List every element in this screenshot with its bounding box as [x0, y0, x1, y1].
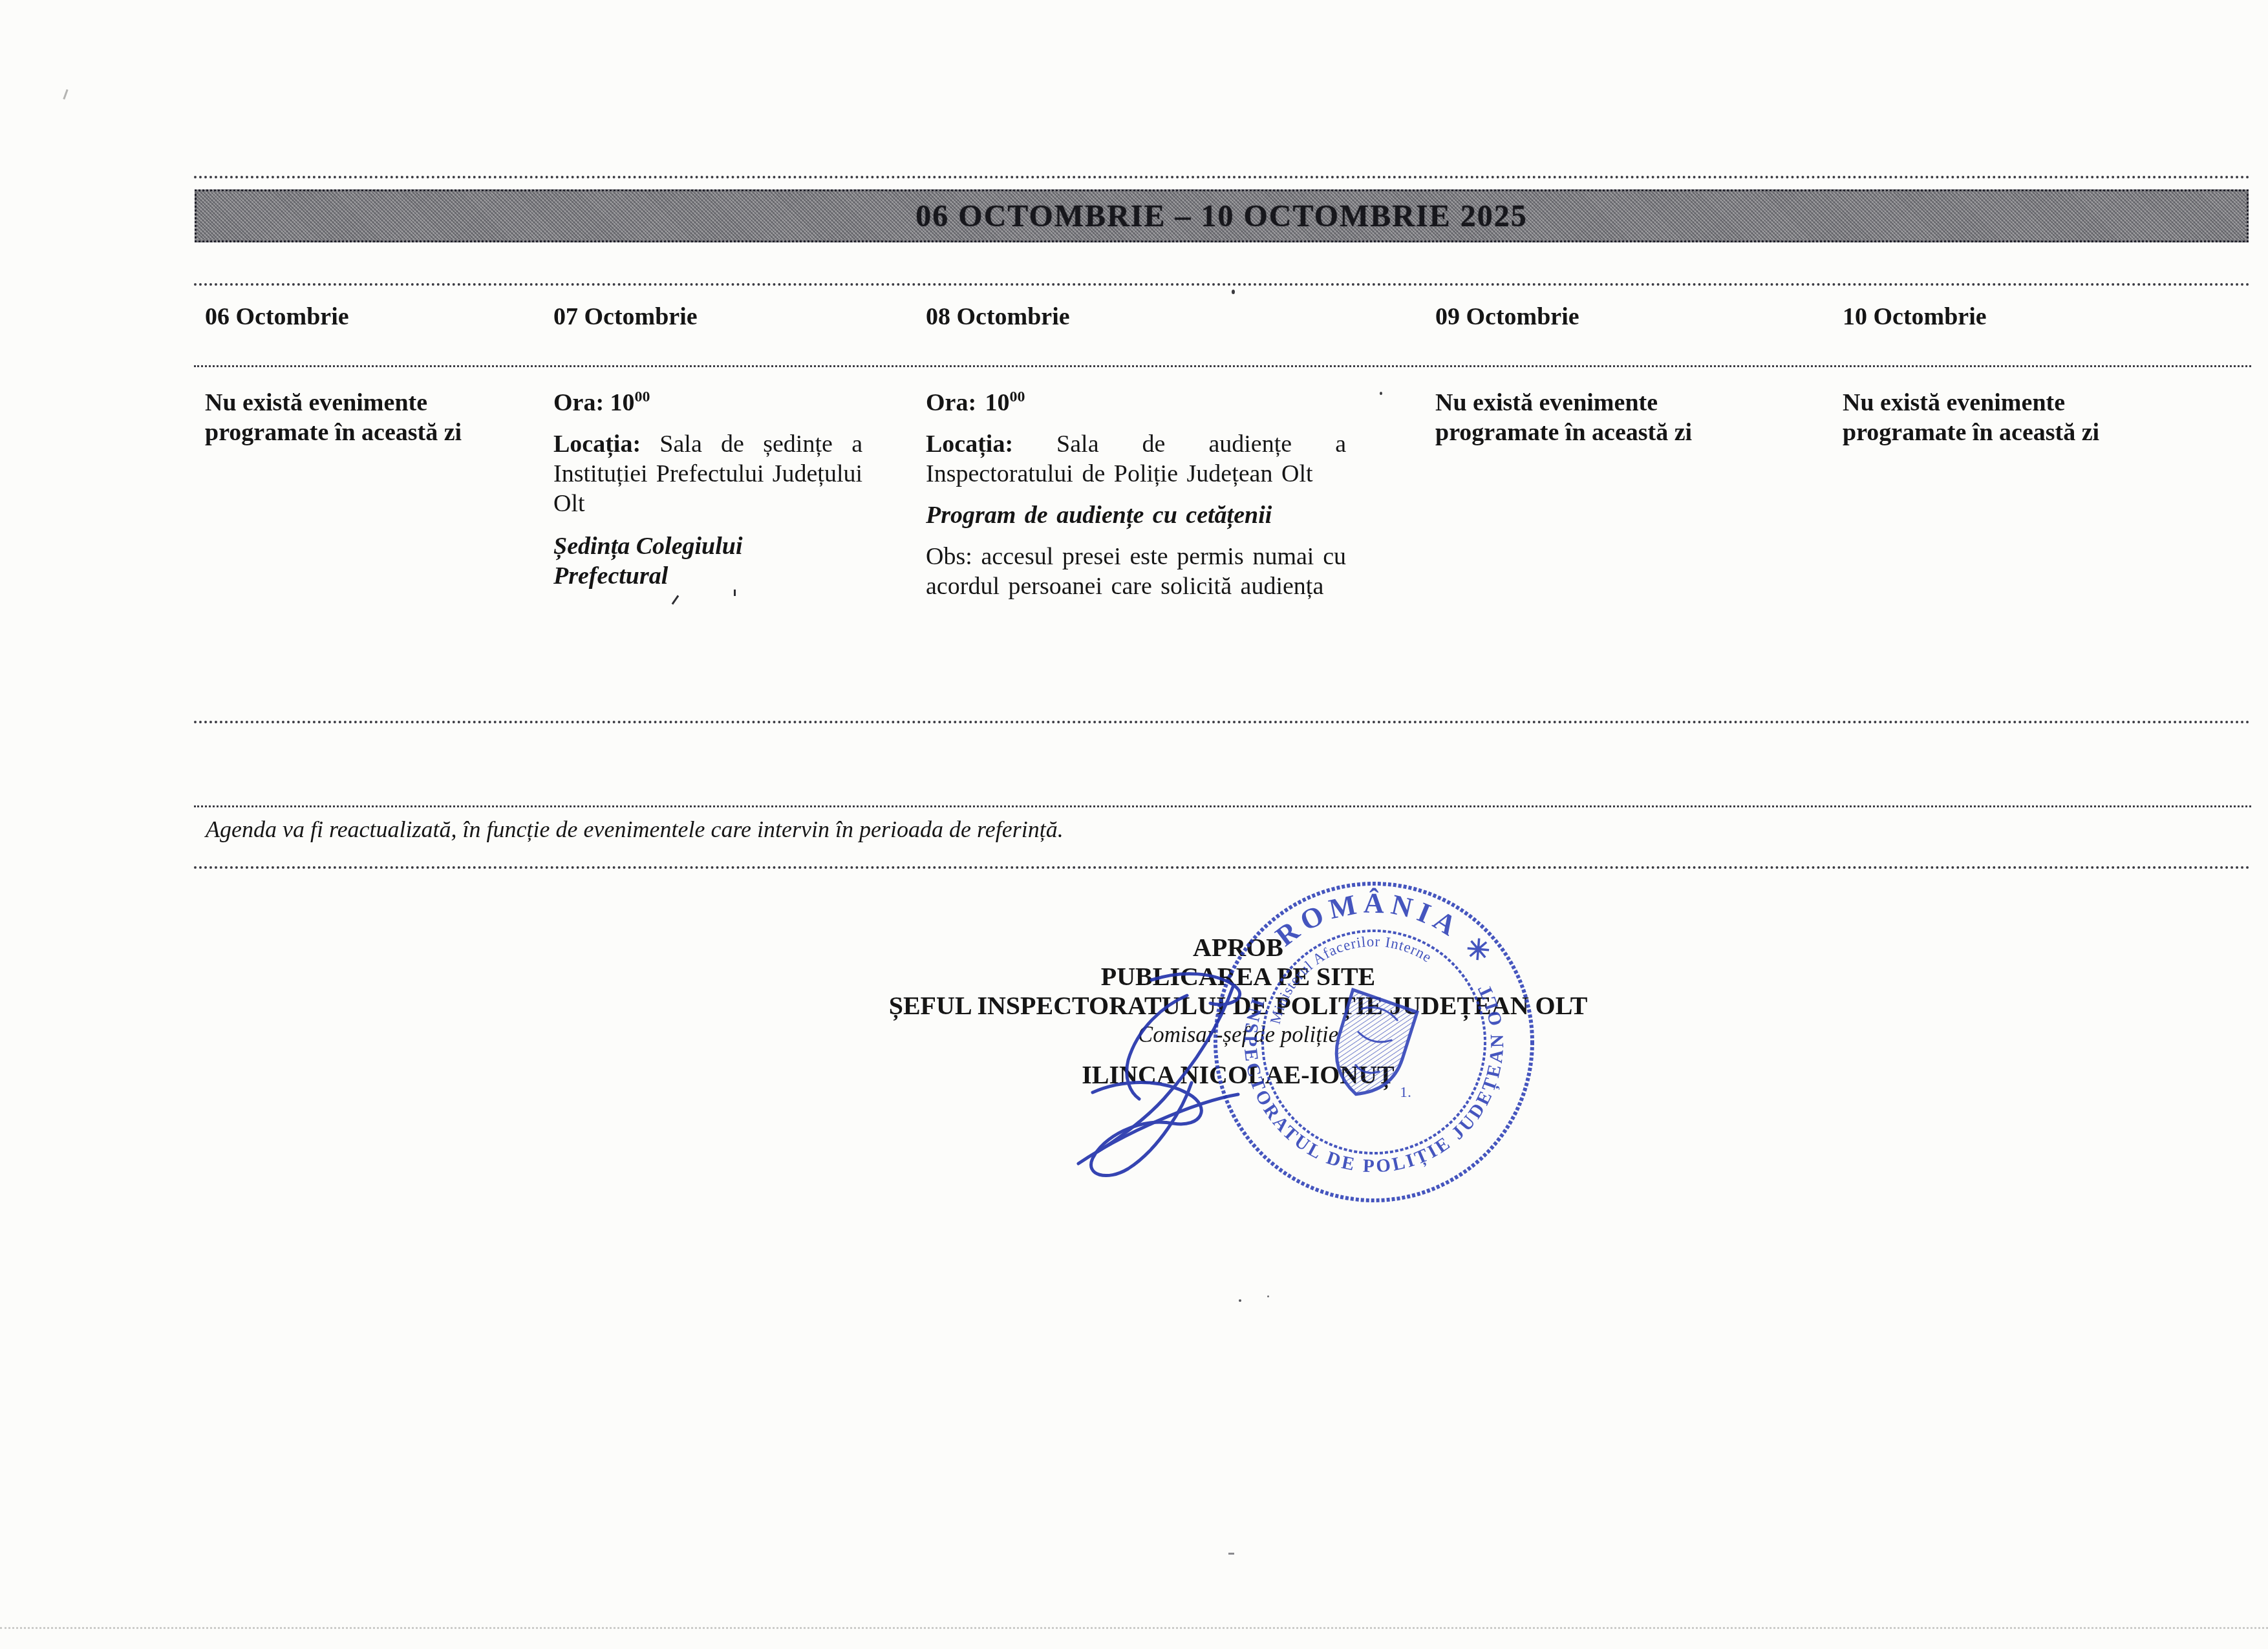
time-value: 10	[610, 389, 635, 416]
banner-title: 06 OCTOMBRIE – 10 OCTOMBRIE 2025	[915, 198, 1527, 234]
day-header-08: 08 Octombrie	[926, 303, 1070, 331]
scan-artifact	[1380, 392, 1382, 395]
event-title: Ședința Colegiului Prefectural	[553, 531, 862, 591]
no-events-text: Nu există evenimente programate în aceas…	[1435, 388, 1726, 447]
time-label: Ora:	[553, 389, 604, 416]
day-column-09: Nu există evenimente programate în aceas…	[1435, 388, 1726, 459]
event-observation: Obs: accesul presei este permis numai cu…	[926, 542, 1346, 601]
day-header-10: 10 Octombrie	[1843, 303, 1987, 331]
location-label: Locația:	[926, 431, 1013, 458]
event-location: Locația: Sala de audiențe a Inspectoratu…	[926, 429, 1346, 489]
scan-artifact	[1228, 1553, 1234, 1555]
stamp-number: 1.	[1400, 1084, 1411, 1101]
banner-period-bar: 06 OCTOMBRIE – 10 OCTOMBRIE 2025	[195, 189, 2249, 242]
time-label: Ora:	[926, 389, 976, 416]
rule-below-headers	[194, 365, 2251, 367]
no-events-text: Nu există evenimente programate în aceas…	[205, 388, 496, 447]
rule-below-banner	[194, 283, 2251, 286]
day-column-07: Ora: 1000 Locația: Sala de ședințe a Ins…	[553, 388, 862, 602]
scan-artifact	[1239, 1299, 1241, 1302]
day-header-07: 07 Octombrie	[553, 303, 698, 331]
time-minutes: 00	[1010, 388, 1025, 405]
day-header-09: 09 Octombrie	[1435, 303, 1579, 331]
rule-above-note	[194, 805, 2251, 807]
scan-artifact	[63, 89, 68, 100]
scan-artifact	[1267, 1295, 1269, 1297]
rule-below-note	[194, 866, 2251, 869]
event-time: Ora: 1000	[926, 388, 1346, 418]
scanned-agenda-page: 06 OCTOMBRIE – 10 OCTOMBRIE 2025 06 Octo…	[0, 0, 2268, 1649]
day-header-06: 06 Octombrie	[205, 303, 349, 331]
footer-note: Agenda va fi reactualizată, în funcție d…	[206, 816, 1064, 843]
no-events-text: Nu există evenimente programate în aceas…	[1843, 388, 2134, 447]
time-value: 10	[985, 389, 1010, 416]
event-time: Ora: 1000	[553, 388, 862, 418]
rule-top	[194, 176, 2251, 178]
time-minutes: 00	[635, 388, 650, 405]
signature	[1054, 957, 1274, 1189]
pen-tick-mark	[734, 590, 736, 596]
rule-table-bottom	[194, 721, 2251, 723]
event-location: Locația: Sala de ședințe a Instituției P…	[553, 429, 862, 518]
location-label: Locația:	[553, 431, 641, 458]
scan-artifact	[1232, 290, 1235, 294]
day-column-10: Nu există evenimente programate în aceas…	[1843, 388, 2134, 459]
day-column-08: Ora: 1000 Locația: Sala de audiențe a In…	[926, 388, 1346, 613]
event-title: Program de audiențe cu cetățenii	[926, 500, 1346, 530]
day-column-06: Nu există evenimente programate în aceas…	[205, 388, 496, 459]
rule-page-bottom	[0, 1627, 2268, 1629]
